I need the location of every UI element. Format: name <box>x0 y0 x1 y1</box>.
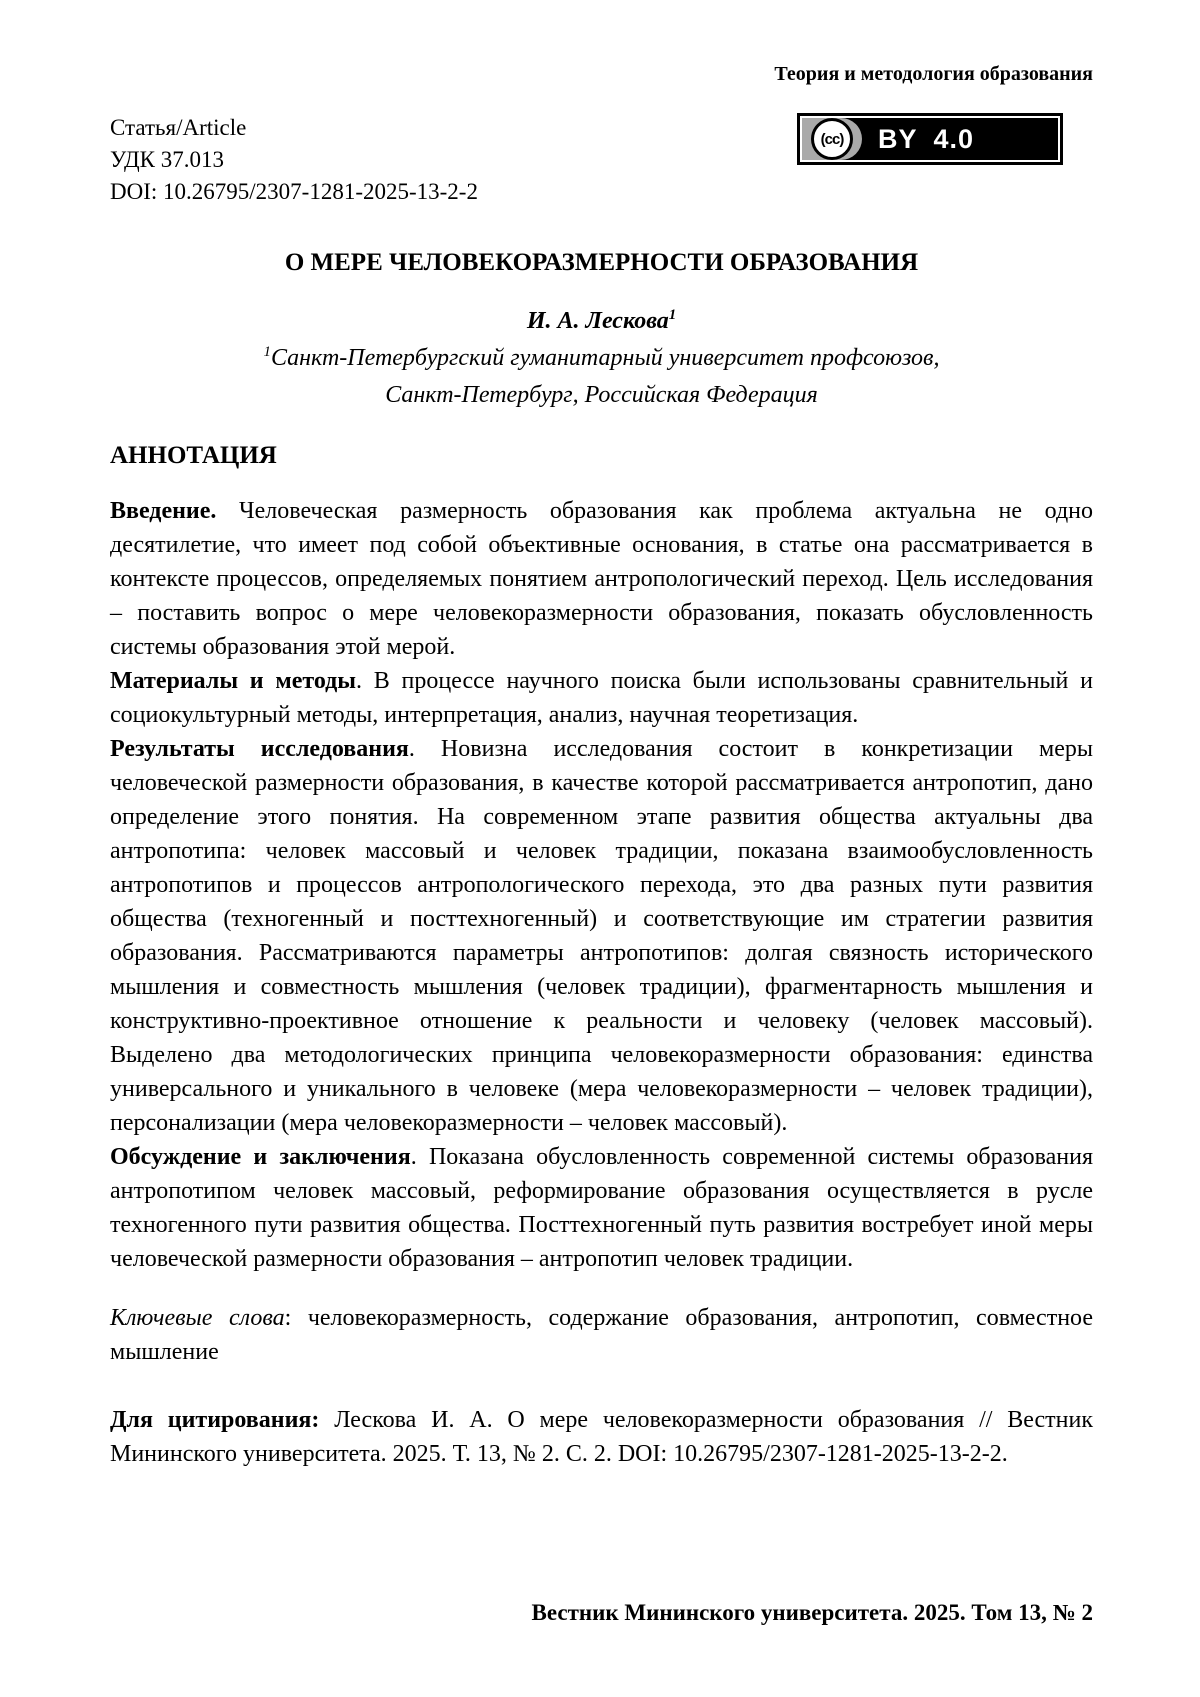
methods-label: Материалы и методы <box>110 668 356 694</box>
cc-badge-frame: (cc) BY 4.0 <box>800 116 1060 162</box>
intro-paragraph: Введение. Человеческая размерность образ… <box>110 494 1093 664</box>
discussion-label: Обсуждение и заключения <box>110 1144 411 1170</box>
discussion-paragraph: Обсуждение и заключения. Показана обусло… <box>110 1140 1093 1276</box>
keywords-label: Ключевые слова <box>110 1305 285 1331</box>
citation-paragraph: Для цитирования: Лескова И. А. О мере че… <box>110 1403 1093 1471</box>
article-title: О МЕРЕ ЧЕЛОВЕКОРАЗМЕРНОСТИ ОБРАЗОВАНИЯ <box>110 248 1093 278</box>
results-paragraph: Результаты исследования. Новизна исследо… <box>110 732 1093 1140</box>
affiliation-line-1: 1Санкт-Петербургский гуманитарный универ… <box>110 340 1093 377</box>
abstract-body: Введение. Человеческая размерность образ… <box>110 494 1093 1276</box>
results-label: Результаты исследования <box>110 736 409 762</box>
affiliation-marker: 1 <box>264 344 271 360</box>
author-name: И. А. Лескова1 <box>110 306 1093 336</box>
results-text: . Новизна исследования состоит в конкрет… <box>110 736 1093 1136</box>
udk-number: УДК 37.013 <box>110 144 478 176</box>
doi-number: DOI: 10.26795/2307-1281-2025-13-2-2 <box>110 176 478 208</box>
author-affiliation-marker: 1 <box>669 307 676 323</box>
author-name-text: И. А. Лескова <box>527 308 669 334</box>
article-page: Теория и методология образования Статья/… <box>0 0 1200 1697</box>
methods-paragraph: Материалы и методы. В процессе научного … <box>110 664 1093 732</box>
cc-circle-icon: (cc) <box>811 118 853 160</box>
keywords-paragraph: Ключевые слова: человекоразмерность, сод… <box>110 1301 1093 1369</box>
journal-section-header: Теория и методология образования <box>110 62 1093 86</box>
author-affiliation: 1Санкт-Петербургский гуманитарный универ… <box>110 340 1093 414</box>
article-type: Статья/Article <box>110 112 478 144</box>
abstract-heading: АННОТАЦИЯ <box>110 442 277 470</box>
citation-label: Для цитирования: <box>110 1407 319 1433</box>
article-meta: Статья/Article УДК 37.013 DOI: 10.26795/… <box>110 112 478 208</box>
intro-label: Введение. <box>110 498 216 524</box>
affiliation-line-2: Санкт-Петербург, Российская Федерация <box>110 377 1093 414</box>
page-footer: Вестник Мининского университета. 2025. Т… <box>110 1599 1093 1627</box>
cc-license-badge[interactable]: (cc) BY 4.0 <box>797 113 1063 165</box>
cc-badge-label: BY 4.0 <box>878 124 974 155</box>
cc-logo-icon: (cc) <box>802 118 862 160</box>
affiliation-line-1-text: Санкт-Петербургский гуманитарный универс… <box>271 345 939 371</box>
intro-text: Человеческая размерность образования как… <box>110 498 1093 660</box>
